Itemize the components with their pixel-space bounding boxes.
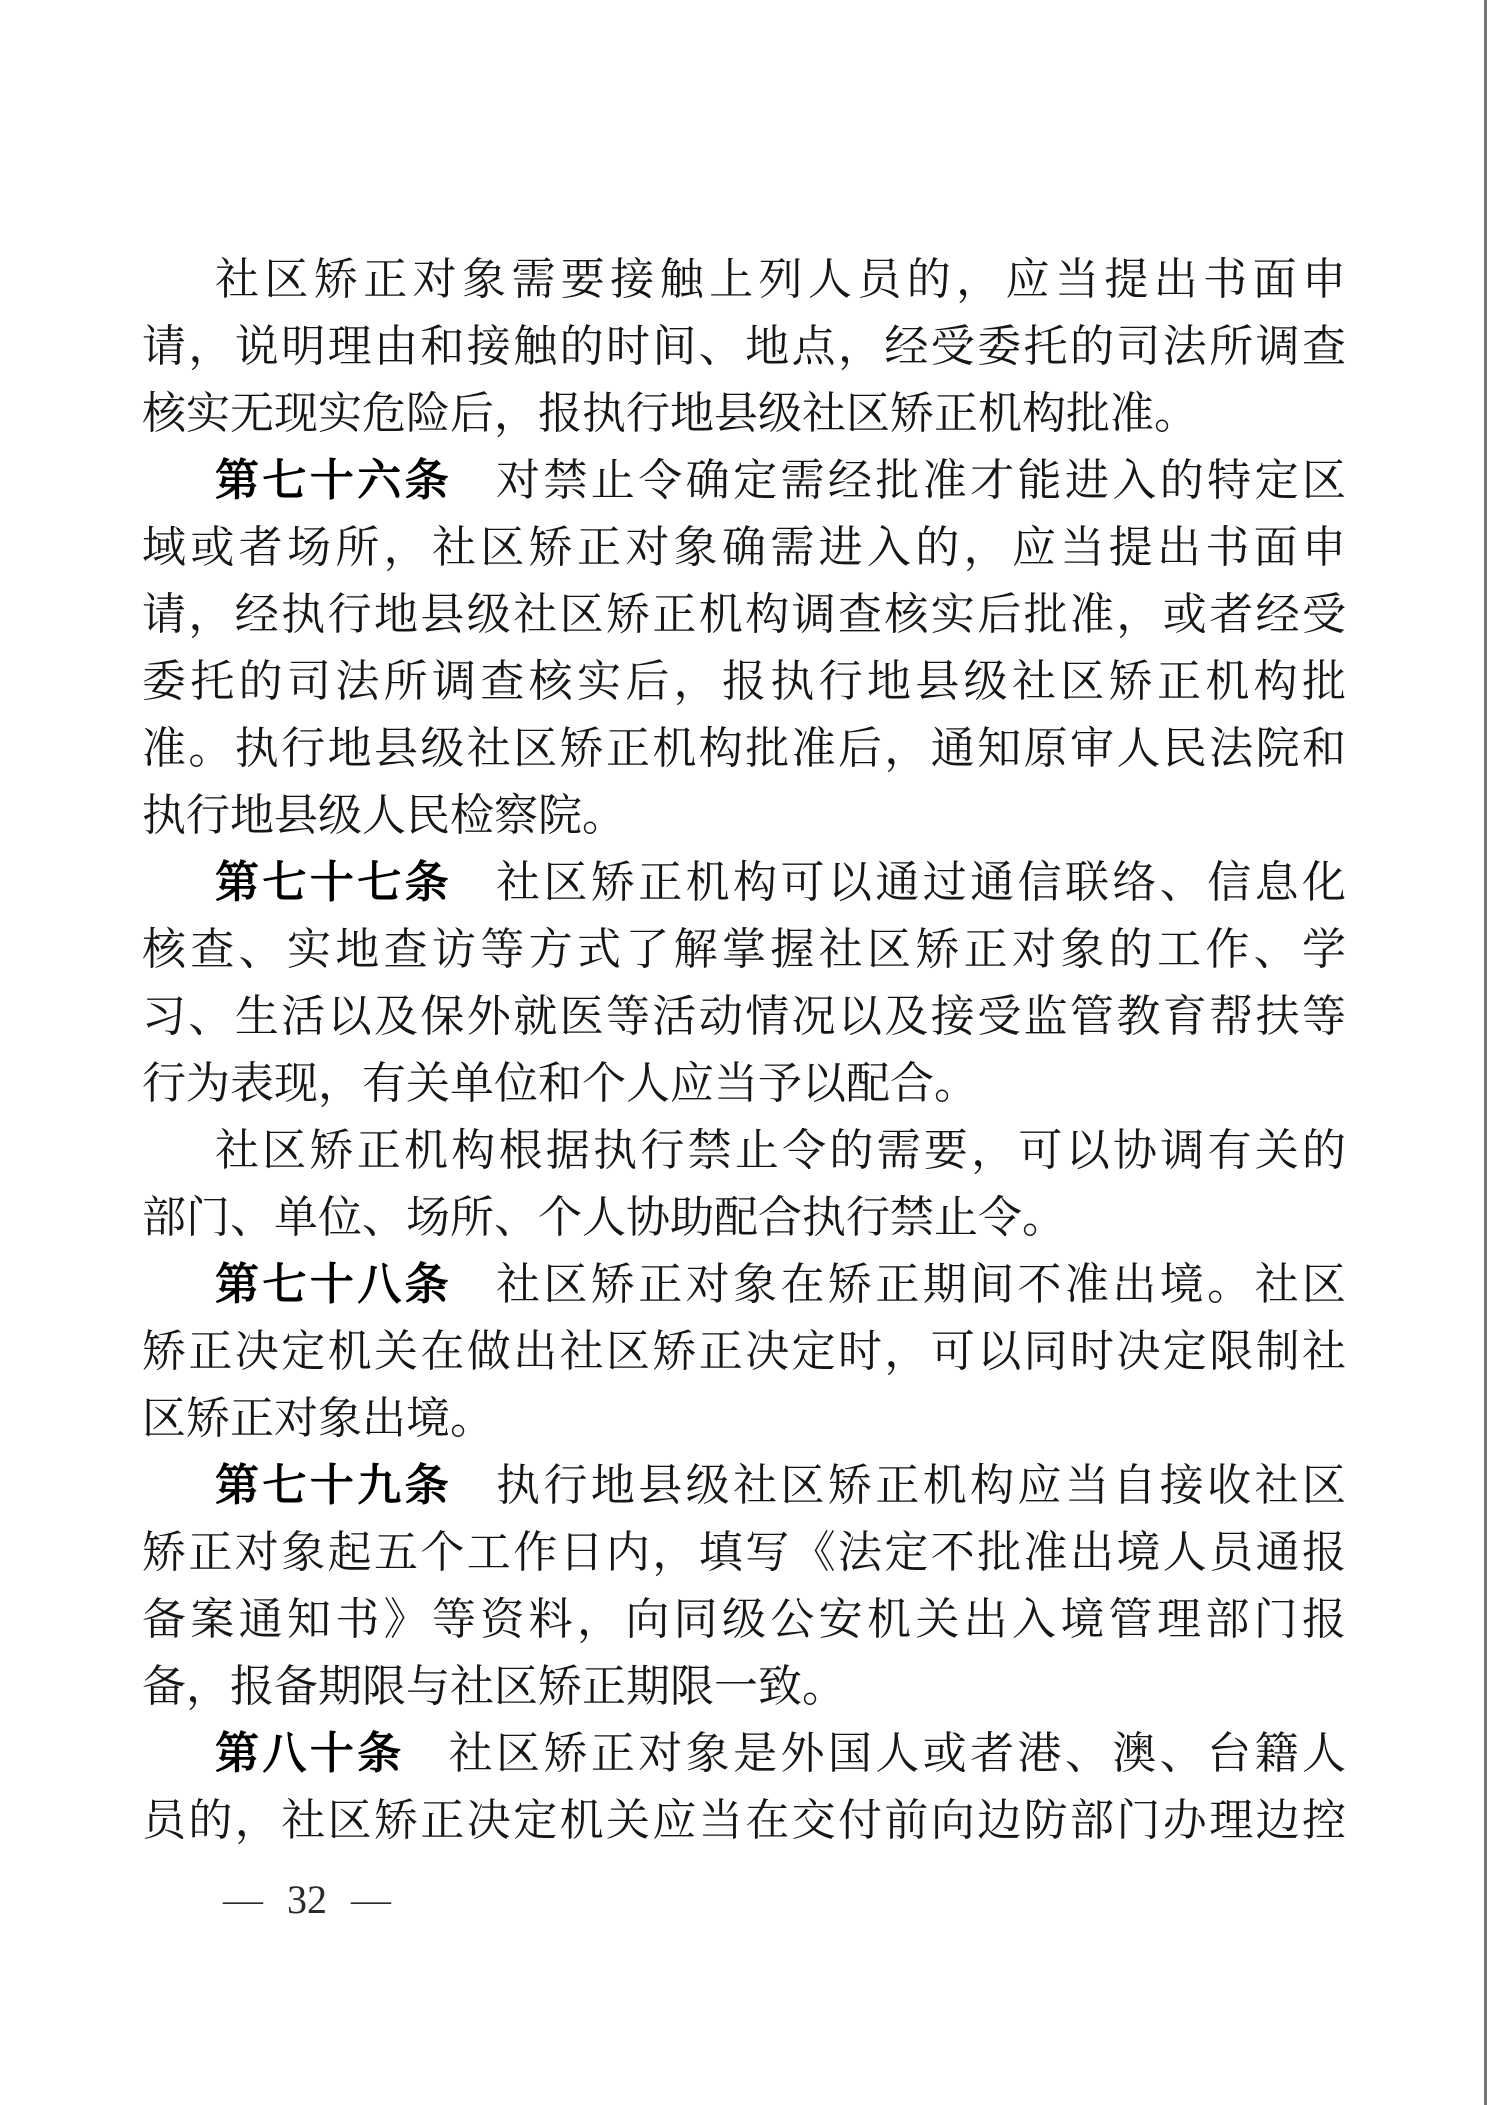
footer-left-dash: — [223, 1882, 263, 1917]
line-text: 社区矫正机构可以通过通信联络、信息化 [496, 858, 1346, 907]
document-body: 社区矫正对象需要接触上列人员的，应当提出书面申 请，说明理由和接触的时间、地点，… [142, 246, 1346, 1854]
line-text: 请，说明理由和接触的时间、地点，经受委托的司法所调查 [142, 322, 1346, 371]
line-text: 社区矫正对象需要接触上列人员的，应当提出书面申 [215, 255, 1346, 304]
line-text: 社区矫正对象在矫正期间不准出境。社区 [496, 1260, 1346, 1309]
line-text: 社区矫正机构根据执行禁止令的需要，可以协调有关的 [215, 1126, 1346, 1175]
line-text: 矫正决定机关在做出社区矫正决定时，可以同时决定限制社 [142, 1327, 1346, 1376]
line-text: 执行地县级社区矫正机构应当自接收社区 [496, 1461, 1346, 1510]
article-number: 第七十八条 [215, 1260, 452, 1309]
article-number: 第七十九条 [215, 1461, 452, 1510]
text-line: 矫正对象起五个工作日内，填写《法定不批准出境人员通报 [142, 1519, 1346, 1586]
text-line: 准。执行地县级社区矫正机构批准后，通知原审人民法院和 [142, 715, 1346, 782]
line-text: 部门、单位、场所、个人协助配合执行禁止令。 [142, 1193, 1066, 1242]
line-text: 请，经执行地县级社区矫正机构调查核实后批准，或者经受 [142, 590, 1346, 639]
page-number: 32 [287, 1878, 327, 1922]
line-text: 核实无现实危险后，报执行地县级社区矫正机构批准。 [142, 389, 1198, 438]
text-line: 员的，社区矫正决定机关应当在交付前向边防部门办理边控 [142, 1787, 1346, 1854]
text-line: 社区矫正机构根据执行禁止令的需要，可以协调有关的 [142, 1117, 1346, 1184]
text-line: 执行地县级人民检察院。 [142, 782, 1346, 849]
line-text: 矫正对象起五个工作日内，填写《法定不批准出境人员通报 [142, 1528, 1346, 1577]
document-page: 社区矫正对象需要接触上列人员的，应当提出书面申 请，说明理由和接触的时间、地点，… [0, 0, 1488, 2105]
article-number: 第八十条 [215, 1729, 405, 1778]
line-text: 执行地县级人民检察院。 [142, 791, 626, 840]
text-line: 第七十七条社区矫正机构可以通过通信联络、信息化 [142, 849, 1346, 916]
text-line: 请，经执行地县级社区矫正机构调查核实后批准，或者经受 [142, 581, 1346, 648]
text-line: 域或者场所，社区矫正对象确需进入的，应当提出书面申 [142, 514, 1346, 581]
text-line: 第七十六条对禁止令确定需经批准才能进入的特定区 [142, 447, 1346, 514]
line-text: 对禁止令确定需经批准才能进入的特定区 [496, 456, 1346, 505]
page-footer: — 32 — [223, 1878, 391, 1922]
text-line: 行为表现，有关单位和个人应当予以配合。 [142, 1050, 1346, 1117]
text-line: 习、生活以及保外就医等活动情况以及接受监管教育帮扶等 [142, 983, 1346, 1050]
line-text: 核查、实地查访等方式了解掌握社区矫正对象的工作、学 [142, 925, 1346, 974]
text-line: 请，说明理由和接触的时间、地点，经受委托的司法所调查 [142, 313, 1346, 380]
text-line: 社区矫正对象需要接触上列人员的，应当提出书面申 [142, 246, 1346, 313]
text-line: 核实无现实危险后，报执行地县级社区矫正机构批准。 [142, 380, 1346, 447]
line-text: 行为表现，有关单位和个人应当予以配合。 [142, 1059, 978, 1108]
text-line: 矫正决定机关在做出社区矫正决定时，可以同时决定限制社 [142, 1318, 1346, 1385]
line-text: 社区矫正对象是外国人或者港、澳、台籍人 [449, 1729, 1346, 1778]
text-line: 核查、实地查访等方式了解掌握社区矫正对象的工作、学 [142, 916, 1346, 983]
line-text: 委托的司法所调查核实后，报执行地县级社区矫正机构批 [142, 657, 1346, 706]
scan-edge-line [1484, 0, 1487, 2105]
line-text: 域或者场所，社区矫正对象确需进入的，应当提出书面申 [142, 523, 1346, 572]
line-text: 准。执行地县级社区矫正机构批准后，通知原审人民法院和 [142, 724, 1346, 773]
text-line: 第七十八条社区矫正对象在矫正期间不准出境。社区 [142, 1251, 1346, 1318]
article-number: 第七十七条 [215, 858, 452, 907]
text-line: 第七十九条执行地县级社区矫正机构应当自接收社区 [142, 1452, 1346, 1519]
line-text: 员的，社区矫正决定机关应当在交付前向边防部门办理边控 [142, 1796, 1346, 1845]
text-line: 第八十条社区矫正对象是外国人或者港、澳、台籍人 [142, 1720, 1346, 1787]
line-text: 习、生活以及保外就医等活动情况以及接受监管教育帮扶等 [142, 992, 1346, 1041]
text-line: 委托的司法所调查核实后，报执行地县级社区矫正机构批 [142, 648, 1346, 715]
text-line: 备，报备期限与社区矫正期限一致。 [142, 1653, 1346, 1720]
text-line: 区矫正对象出境。 [142, 1385, 1346, 1452]
line-text: 备案通知书》等资料，向同级公安机关出入境管理部门报 [142, 1595, 1346, 1644]
line-text: 区矫正对象出境。 [142, 1394, 494, 1443]
line-text: 备，报备期限与社区矫正期限一致。 [142, 1662, 846, 1711]
article-number: 第七十六条 [215, 456, 452, 505]
text-line: 部门、单位、场所、个人协助配合执行禁止令。 [142, 1184, 1346, 1251]
footer-right-dash: — [351, 1882, 391, 1917]
text-line: 备案通知书》等资料，向同级公安机关出入境管理部门报 [142, 1586, 1346, 1653]
